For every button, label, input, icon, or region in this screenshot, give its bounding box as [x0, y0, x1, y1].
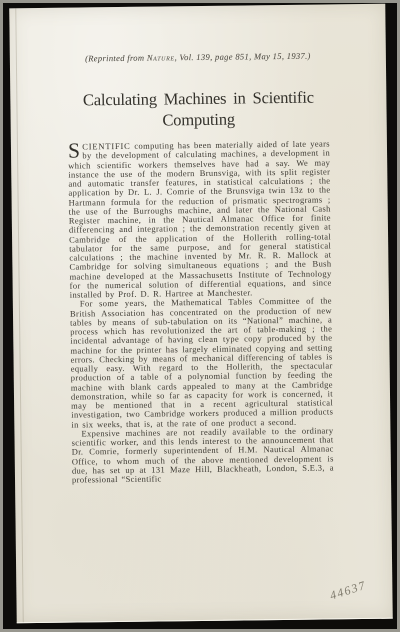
article-title-line1: Calculating Machines in Scientific [83, 88, 314, 110]
reprint-notice: (Reprinted from Nature, Vol. 139, page 8… [10, 50, 386, 65]
article-title-line2: Computing [162, 110, 235, 130]
journal-name: Nature [147, 52, 175, 62]
paragraph-3: Expensive machines are not readily avail… [71, 426, 334, 485]
paragraph-1-text: computing has been materially aided of l… [68, 138, 332, 299]
article-title: Calculating Machines in Scientific Compu… [10, 86, 386, 133]
paragraph-2: For some years, the Mathematical Tables … [70, 297, 334, 430]
photo-matte-background: (Reprinted from Nature, Vol. 139, page 8… [0, 0, 400, 632]
article-body: SCIENTIFIC computing has been materially… [68, 139, 334, 484]
handwritten-archive-number: 44637 [328, 578, 368, 604]
paragraph-1: SCIENTIFIC computing has been materially… [68, 139, 332, 299]
dropcap-initial: S [68, 142, 83, 159]
reprint-notice-prefix: (Reprinted from [85, 53, 147, 64]
reprint-notice-suffix: , Vol. 139, page 851, May 15, 1937.) [175, 51, 311, 63]
scanned-reprint-page: (Reprinted from Nature, Vol. 139, page 8… [9, 4, 392, 624]
